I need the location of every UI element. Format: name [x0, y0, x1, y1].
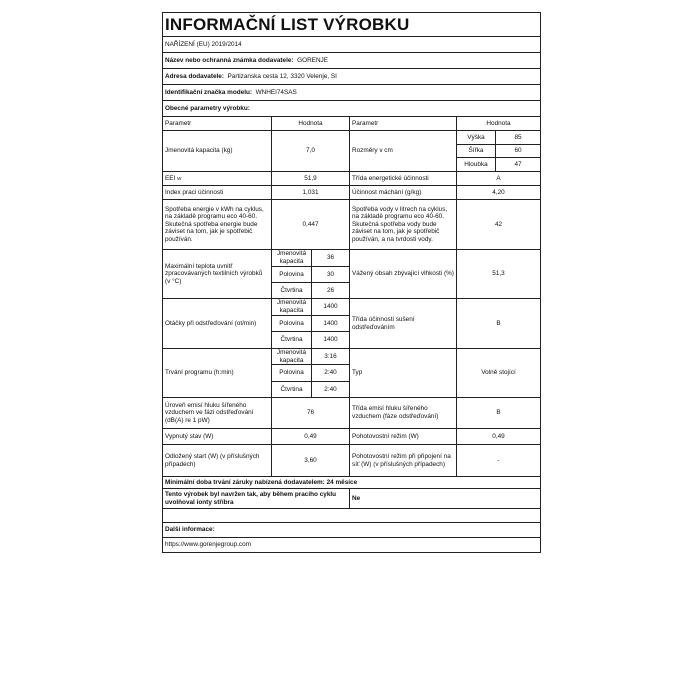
duration-rated-value: 3:16 — [312, 349, 349, 364]
max-temp-half-label: Polovina — [272, 267, 311, 282]
noise-class-value: B — [457, 398, 540, 428]
general-params-label: Obecné parametry výrobku: — [163, 101, 540, 116]
networked-standby-value: - — [457, 445, 540, 476]
header-param-right: Parametr — [350, 117, 456, 130]
supplier-row: Název nebo ochranná známka dodavatele: G… — [163, 53, 540, 68]
dimension-width-value: 60 — [496, 145, 540, 157]
eei-subscript: W — [177, 175, 181, 183]
address-label: Adresa dodavatele: — [165, 73, 224, 81]
max-temp-half-value: 30 — [312, 267, 349, 282]
noise-label: Úroveň emisí hluku šířeného vzduchem ve … — [163, 398, 271, 428]
spin-class-value: B — [457, 299, 540, 348]
standby-value: 0,49 — [457, 429, 540, 444]
rated-capacity-label: Jmenovitá kapacita (kg) — [163, 131, 271, 171]
spin-speed-label: Otáčky při odstřeďování (ot/min) — [163, 299, 271, 348]
spin-rated-label: Jmenovitá kapacita — [272, 299, 311, 315]
header-value-left: Hodnota — [272, 117, 349, 130]
spin-quarter-value: 1400 — [312, 332, 349, 348]
water-consumption-value: 42 — [457, 200, 540, 249]
spin-half-value: 1400 — [312, 316, 349, 331]
delay-start-value: 3,60 — [272, 445, 349, 476]
address-value: Partizanska cesta 12, 3320 Velenje, SI — [228, 73, 337, 81]
duration-quarter-label: Čtvrtina — [272, 382, 311, 397]
header-value-right: Hodnota — [457, 117, 540, 130]
rinsing-value: 4,20 — [457, 186, 540, 199]
energy-class-value: A — [457, 172, 540, 185]
dimension-width-label: Šířka — [457, 145, 495, 157]
max-temp-rated-value: 36 — [312, 250, 349, 266]
program-duration-label: Trvání programu (h:min) — [163, 349, 271, 397]
max-temp-rated-label: Jmenovitá kapacita — [272, 250, 311, 266]
noise-value: 76 — [272, 398, 349, 428]
silver-ions-value: Ne — [350, 489, 540, 508]
header-param-left: Parametr — [163, 117, 271, 130]
rinsing-label: Účinnost máchání (g/kg) — [350, 186, 456, 199]
dimension-height-label: Výška — [457, 131, 495, 144]
dimension-depth-value: 47 — [496, 158, 540, 171]
off-mode-value: 0,49 — [272, 429, 349, 444]
eei-label: EEI W — [163, 172, 271, 185]
residual-moisture-value: 51,3 — [457, 250, 540, 298]
dimension-height-value: 85 — [496, 131, 540, 144]
energy-class-label: Třída energetické účinnosti — [350, 172, 456, 185]
residual-moisture-label: Vážený obsah zbývající vlhkosti (%) — [350, 250, 456, 298]
supplier-label: Název nebo ochranná známka dodavatele: — [165, 57, 294, 65]
model-label: Identifikační značka modelu: — [165, 89, 252, 97]
max-temp-quarter-value: 26 — [312, 283, 349, 298]
type-value: Volně stojící — [457, 349, 540, 397]
energy-consumption-value: 0,447 — [272, 200, 349, 249]
website-link[interactable]: https://www.gorenjegroup.com — [163, 538, 540, 552]
eei-label-text: EEI — [165, 175, 175, 183]
duration-half-value: 2:40 — [312, 365, 349, 381]
duration-quarter-value: 2:40 — [312, 382, 349, 397]
more-info-label: Další informace: — [163, 523, 540, 537]
spin-class-label: Třída účinnosti sušení odstřeďováním — [350, 299, 456, 348]
spin-half-label: Polovina — [272, 316, 311, 331]
washing-index-value: 1,031 — [272, 186, 349, 199]
spin-quarter-label: Čtvrtina — [272, 332, 311, 348]
max-temp-quarter-label: Čtvrtina — [272, 283, 311, 298]
page-title: INFORMAČNÍ LIST VÝROBKU — [163, 13, 540, 36]
delay-start-label: Odložený start (W) (v příslušných případ… — [163, 445, 271, 476]
warranty: Minimální doba trvání záruky nabízená do… — [163, 477, 540, 488]
model-value: WNHEI74SAS — [256, 89, 297, 97]
max-temperature-label: Maximální teplota uvnitř zpracovávaných … — [163, 250, 271, 298]
rated-capacity-value: 7,0 — [272, 131, 349, 171]
water-consumption-label: Spotřeba vody v litrech na cyklus, na zá… — [350, 200, 456, 249]
energy-consumption-label: Spotřeba energie v kWh na cyklus, na zák… — [163, 200, 271, 249]
regulation: NAŘÍZENÍ (EU) 2019/2014 — [163, 37, 540, 52]
silver-ions-label: Tento výrobek byl navržen tak, aby během… — [163, 489, 349, 508]
washing-index-label: Index praci účinnosti — [163, 186, 271, 199]
eei-value: 51,9 — [272, 172, 349, 185]
standby-label: Pohotovostní režim (W) — [350, 429, 456, 444]
address-row: Adresa dodavatele: Partizanska cesta 12,… — [163, 69, 540, 84]
off-mode-label: Vypnutý stav (W) — [163, 429, 271, 444]
duration-half-label: Polovina — [272, 365, 311, 381]
model-row: Identifikační značka modelu: WNHEI74SAS — [163, 85, 540, 100]
duration-rated-label: Jmenovitá kapacita — [272, 349, 311, 364]
type-label: Typ — [350, 349, 456, 397]
supplier-value: GORENJE — [297, 57, 328, 65]
networked-standby-label: Pohotovostní režim při připojení na síť … — [350, 445, 456, 476]
noise-class-label: Třída emisí hluku šířeného vzduchem (fáz… — [350, 398, 456, 428]
spin-rated-value: 1400 — [312, 299, 349, 315]
dimensions-label: Rozměry v cm — [350, 131, 456, 171]
dimension-depth-label: Hloubka — [457, 158, 495, 171]
